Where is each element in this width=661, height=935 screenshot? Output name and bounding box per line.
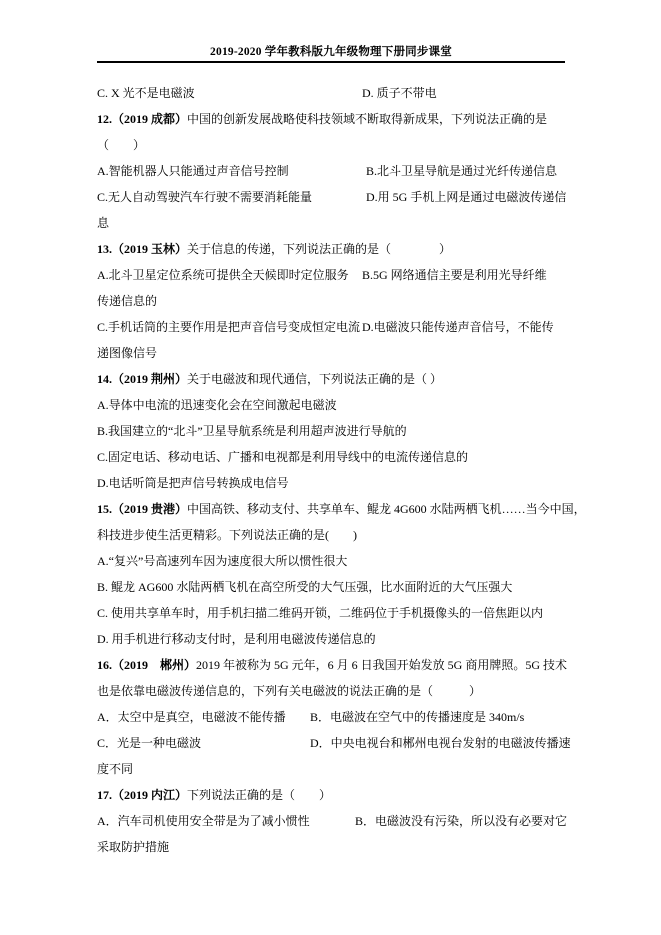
text-segment: A.智能机器人只能通过声音信号控制 [97,164,289,178]
text-segment: 科技进步使生活更精彩。下列说法正确的是( ) [97,528,357,542]
text-segment: 下列说法正确的是（ ） [187,788,331,802]
text-segment: C. X 光不是电磁波 [97,86,195,100]
text-line: C.固定电话、移动电话、广播和电视都是利用导线中的电流传递信息的 [0,444,661,470]
question-label: 13.（2019 玉林） [97,242,187,256]
text-line: A．太空中是真空，电磁波不能传播B．电磁波在空气中的传播速度是 340m/s [0,704,661,730]
question-label: 16.（2019 郴州） [97,658,196,672]
text-segment: B.我国建立的“北斗”卫星导航系统是利用超声波进行导航的 [97,424,407,438]
text-line: 也是依靠电磁波传递信息的，下列有关电磁波的说法正确的是（ ） [0,678,661,704]
text-line: A.智能机器人只能通过声音信号控制B.北斗卫星导航是通过光纤传递信息 [0,158,661,184]
text-line: A.“复兴”号高速列车因为速度很大所以惯性很大 [0,548,661,574]
text-segment: D. 用手机进行移动支付时，是利用电磁波传递信息的 [97,632,376,646]
text-segment: A.“复兴”号高速列车因为速度很大所以惯性很大 [97,554,347,568]
text-line: 度不同 [0,756,661,782]
text-line: A.导体中电流的迅速变化会在空间激起电磁波 [0,392,661,418]
text-segment: 关于信息的传递，下列说法正确的是（ ） [187,242,451,256]
text-line: B.我国建立的“北斗”卫星导航系统是利用超声波进行导航的 [0,418,661,444]
question-label: 14.（2019 荆州） [97,372,187,386]
text-segment: B．电磁波在空气中的传播速度是 340m/s [310,704,524,730]
header-rule-divider [97,61,565,63]
text-segment: 息 [97,216,109,230]
text-segment: D.用 5G 手机上网是通过电磁波传递信 [366,184,566,210]
text-line: D. 用手机进行移动支付时，是利用电磁波传递信息的 [0,626,661,652]
text-segment: B.5G 网络通信主要是利用光导纤维 [362,262,547,288]
text-line: 17.（2019 内江）下列说法正确的是（ ） [0,782,661,808]
text-line: A.北斗卫星定位系统可提供全天候即时定位服务B.5G 网络通信主要是利用光导纤维 [0,262,661,288]
text-segment: D．中央电视台和郴州电视台发射的电磁波传播速 [310,730,571,756]
page-header-title: 2019-2020 学年教科版九年级物理下册同步课堂 [97,43,565,59]
text-segment: A.导体中电流的迅速变化会在空间激起电磁波 [97,398,337,412]
document-page: 2019-2020 学年教科版九年级物理下册同步课堂 C. X 光不是电磁波D.… [0,0,661,935]
text-segment: D.电磁波只能传递声音信号，不能传 [362,314,554,340]
question-label: 12.（2019 成都） [97,112,187,126]
text-segment: C.无人自动驾驶汽车行驶不需要消耗能量 [97,190,312,204]
document-lines: C. X 光不是电磁波D. 质子不带电12.（2019 成都）中国的创新发展战略… [0,80,661,860]
text-line: B. 鲲龙 AG600 水陆两栖飞机在高空所受的大气压强，比水面附近的大气压强大 [0,574,661,600]
text-segment: A.北斗卫星定位系统可提供全天候即时定位服务 [97,268,349,282]
text-line: 16.（2019 郴州）2019 年被称为 5G 元年，6 月 6 日我国开始发… [0,652,661,678]
text-segment: C. 使用共享单车时，用手机扫描二维码开锁，二维码位于手机摄像头的一倍焦距以内 [97,606,543,620]
text-line: 息 [0,210,661,236]
text-segment: C.固定电话、移动电话、广播和电视都是利用导线中的电流传递信息的 [97,450,468,464]
text-line: 13.（2019 玉林）关于信息的传递，下列说法正确的是（ ） [0,236,661,262]
text-line: D.电话听筒是把声信号转换成电信号 [0,470,661,496]
text-line: C.手机话筒的主要作用是把声音信号变成恒定电流D.电磁波只能传递声音信号，不能传 [0,314,661,340]
question-label: 17.（2019 内江） [97,788,187,802]
text-line: 科技进步使生活更精彩。下列说法正确的是( ) [0,522,661,548]
text-line: C. 使用共享单车时，用手机扫描二维码开锁，二维码位于手机摄像头的一倍焦距以内 [0,600,661,626]
text-segment: B．电磁波没有污染，所以没有必要对它 [355,808,567,834]
question-label: 15.（2019 贵港） [97,502,187,516]
text-line: 采取防护措施 [0,834,661,860]
text-line: 15.（2019 贵港）中国高铁、移动支付、共享单车、鲲龙 4G600 水陆两栖… [0,496,661,522]
text-line: 递图像信号 [0,340,661,366]
text-segment: 2019 年被称为 5G 元年，6 月 6 日我国开始发放 5G 商用牌照。5G… [196,658,567,672]
text-segment: 中国高铁、移动支付、共享单车、鲲龙 4G600 水陆两栖飞机……当今中国， [187,502,586,516]
text-segment: 传递信息的 [97,294,157,308]
text-line: 12.（2019 成都）中国的创新发展战略使科技领域不断取得新成果，下列说法正确… [0,106,661,132]
text-line: A．汽车司机使用安全带是为了减小惯性B．电磁波没有污染，所以没有必要对它 [0,808,661,834]
text-segment: A．汽车司机使用安全带是为了减小惯性 [97,814,310,828]
text-line: C．光是一种电磁波D．中央电视台和郴州电视台发射的电磁波传播速 [0,730,661,756]
text-segment: C.手机话筒的主要作用是把声音信号变成恒定电流 [97,320,360,334]
text-line: C.无人自动驾驶汽车行驶不需要消耗能量D.用 5G 手机上网是通过电磁波传递信 [0,184,661,210]
text-segment: D. 质子不带电 [362,80,437,106]
text-segment: C．光是一种电磁波 [97,736,201,750]
text-segment: 也是依靠电磁波传递信息的，下列有关电磁波的说法正确的是（ ） [97,684,481,698]
text-segment: B.北斗卫星导航是通过光纤传递信息 [366,158,557,184]
text-line: 14.（2019 荆州）关于电磁波和现代通信，下列说法正确的是（ ） [0,366,661,392]
text-line: 传递信息的 [0,288,661,314]
text-segment: B. 鲲龙 AG600 水陆两栖飞机在高空所受的大气压强，比水面附近的大气压强大 [97,580,512,594]
text-segment: 关于电磁波和现代通信，下列说法正确的是（ ） [187,372,442,386]
text-segment: D.电话听筒是把声信号转换成电信号 [97,476,289,490]
text-line: （ ） [0,132,661,158]
text-segment: （ ） [97,138,145,152]
text-segment: 度不同 [97,762,133,776]
text-segment: 递图像信号 [97,346,157,360]
text-segment: A．太空中是真空，电磁波不能传播 [97,710,286,724]
text-segment: 中国的创新发展战略使科技领域不断取得新成果，下列说法正确的是 [187,112,547,126]
text-line: C. X 光不是电磁波D. 质子不带电 [0,80,661,106]
text-segment: 采取防护措施 [97,840,169,854]
